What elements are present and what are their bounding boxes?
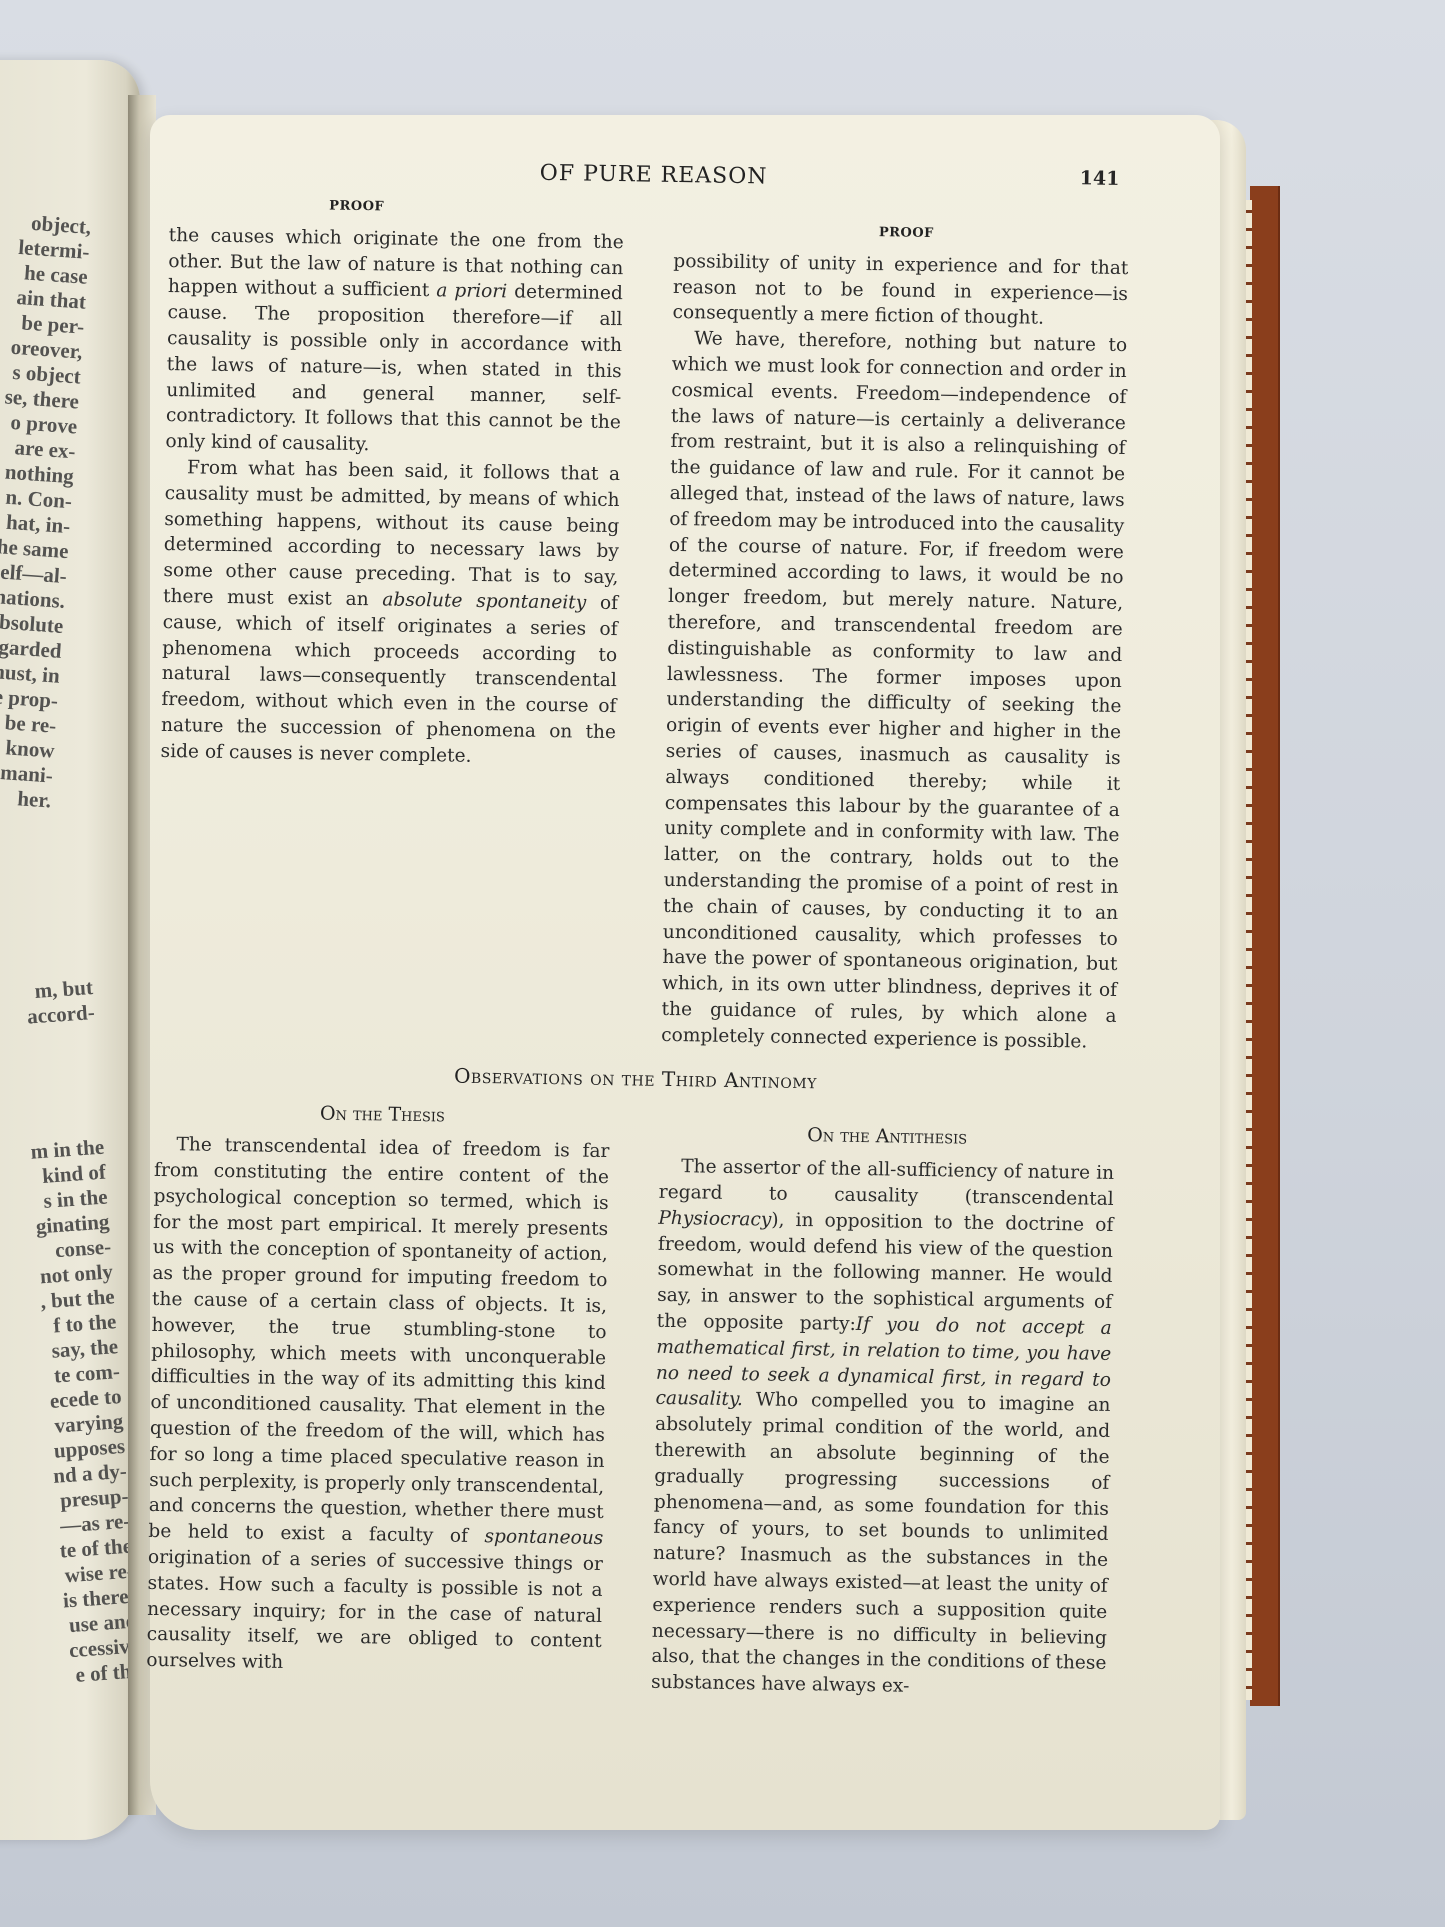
- observations-columns: On the Thesis The transcendental idea of…: [146, 1090, 1115, 1703]
- italic-term: spontaneous: [484, 1526, 603, 1549]
- antithesis-proof-paragraph-1: possibility of unity in experience and f…: [672, 249, 1128, 334]
- text-segment: of cause, which of itself originates a s…: [160, 593, 618, 767]
- text-segment: Who compelled you to imagine an absolute…: [651, 1390, 1111, 1697]
- running-title: OF PURE REASON: [540, 161, 768, 190]
- book-page: OF PURE REASON 141 PROOF the causes whic…: [150, 115, 1220, 1830]
- page-number: 141: [1080, 167, 1120, 190]
- text-segment: determined cause. The proposition theref…: [165, 282, 623, 456]
- italic-term: Physiocracy: [658, 1208, 771, 1231]
- text-segment: The transcendental idea of freedom is fa…: [148, 1135, 609, 1548]
- thesis-proof-column: PROOF the causes which originate the one…: [156, 191, 624, 1048]
- facing-page-blank-area: [4, 1025, 103, 1141]
- text-segment: The assertor of the all-sufficiency of n…: [659, 1156, 1115, 1210]
- book-cover-edge: [1250, 186, 1280, 1706]
- antithesis-observation-paragraph: The assertor of the all-sufficiency of n…: [651, 1154, 1114, 1703]
- proof-columns: PROOF the causes which originate the one…: [156, 195, 1129, 1055]
- text-segment: origination of a series of successive th…: [146, 1547, 603, 1673]
- antithesis-observation-column: On the Antithesis The assertor of the al…: [651, 1120, 1115, 1703]
- thesis-observation-column: On the Thesis The transcendental idea of…: [146, 1098, 610, 1695]
- text-segment: From what has been said, it follows that…: [163, 457, 620, 610]
- section-title: Observations on the Third Antinomy: [155, 1058, 1115, 1097]
- thesis-observation-paragraph: The transcendental idea of freedom is fa…: [146, 1132, 609, 1681]
- proof-label-right: PROOF: [684, 217, 1129, 250]
- thesis-proof-paragraph-1: the causes which originate the one from …: [165, 223, 624, 462]
- antithesis-proof-column: PROOF possibility of unity in experience…: [661, 217, 1129, 1056]
- thesis-proof-paragraph-2: From what has been said, it follows that…: [160, 455, 620, 772]
- thesis-heading: On the Thesis: [155, 1098, 610, 1131]
- antithesis-heading: On the Antithesis: [659, 1120, 1114, 1153]
- antithesis-proof-paragraph-2: We have, therefore, nothing but nature t…: [661, 326, 1127, 1055]
- italic-term: absolute spontaneity: [382, 589, 586, 613]
- italic-term: a priori: [436, 281, 507, 303]
- page-content: OF PURE REASON 141 PROOF the causes whic…: [146, 155, 1130, 1703]
- facing-page-text-fragment: o prove: [0, 408, 78, 439]
